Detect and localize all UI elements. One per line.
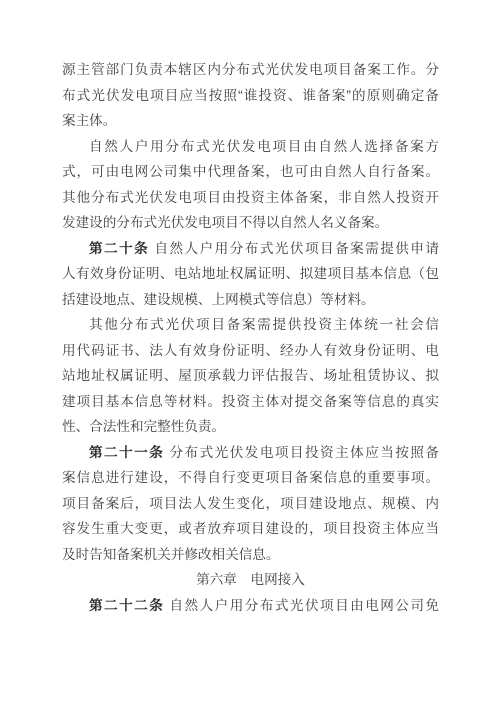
document-text-block: 源主管部门负责本辖区内分布式光伏发电项目备案工作。分布式光伏发电项目应当按照“谁… (62, 57, 439, 618)
text-line: 项目备案后，项目法人发生变化，项目建设地点、规模、内 (62, 491, 439, 517)
line-text: 及时告知备案机关并修改相关信息。 (62, 547, 280, 562)
paragraph: 第二十一条 分布式光伏发电项目投资主体应当按照备案信息进行建设，不得自行变更项目… (62, 440, 439, 568)
paragraph: 第二十二条 自然人户用分布式光伏项目由电网公司免 (62, 593, 439, 619)
line-text: 源主管部门负责本辖区内分布式光伏发电项目备案工作。分 (62, 62, 439, 77)
text-line: 第二十二条 自然人户用分布式光伏项目由电网公司免 (62, 593, 439, 619)
line-text: 自然人户用分布式光伏发电项目由自然人选择备案方 (89, 139, 439, 154)
text-line: 及时告知备案机关并修改相关信息。 (62, 542, 439, 568)
text-line: 发建设的分布式光伏发电项目不得以自然人名义备案。 (62, 210, 439, 236)
paragraph: 自然人户用分布式光伏发电项目由自然人选择备案方式，可由电网公司集中代理备案，也可… (62, 134, 439, 236)
line-text: 性、合法性和完整性负责。 (62, 419, 225, 434)
line-text: 用代码证书、法人有效身份证明、经办人有效身份证明、电 (62, 343, 439, 358)
text-line: 站地址权属证明、屋顶承载力评估报告、场址租赁协议、拟 (62, 363, 439, 389)
line-text: 其他分布式光伏发电项目由投资主体备案，非自然人投资开 (62, 190, 439, 205)
document-page: 源主管部门负责本辖区内分布式光伏发电项目备案工作。分布式光伏发电项目应当按照“谁… (0, 0, 500, 707)
text-line: 布式光伏发电项目应当按照“谁投资、谁备案”的原则确定备 (62, 83, 439, 109)
line-text: 自然人户用分布式光伏项目由电网公司免 (164, 598, 439, 613)
paragraph: 源主管部门负责本辖区内分布式光伏发电项目备案工作。分布式光伏发电项目应当按照“谁… (62, 57, 439, 134)
line-text: 自然人户用分布式光伏项目备案需提供申请 (149, 241, 439, 256)
text-line: 建项目基本信息等材料。投资主体对提交备案等信息的真实 (62, 389, 439, 415)
line-text: 容发生重大变更，或者放弃项目建设的，项目投资主体应当 (62, 521, 439, 536)
text-line: 案主体。 (62, 108, 439, 134)
text-line: 容发生重大变更，或者放弃项目建设的，项目投资主体应当 (62, 516, 439, 542)
line-text: 分布式光伏发电项目投资主体应当按照备 (164, 445, 439, 460)
text-line: 案信息进行建设，不得自行变更项目备案信息的重要事项。 (62, 465, 439, 491)
line-text: 建项目基本信息等材料。投资主体对提交备案等信息的真实 (62, 394, 439, 409)
line-text: 第六章 电网接入 (196, 572, 305, 587)
line-text: 括建设地点、建设规模、上网模式等信息）等材料。 (62, 292, 375, 307)
paragraph: 其他分布式光伏项目备案需提供投资主体统一社会信用代码证书、法人有效身份证明、经办… (62, 312, 439, 440)
text-line: 第六章 电网接入 (62, 567, 439, 593)
article-number: 第二十条 (89, 241, 149, 256)
text-line: 第二十一条 分布式光伏发电项目投资主体应当按照备 (62, 440, 439, 466)
text-line: 人有效身份证明、电站地址权属证明、拟建项目基本信息（包 (62, 261, 439, 287)
line-text: 站地址权属证明、屋顶承载力评估报告、场址租赁协议、拟 (62, 368, 439, 383)
article-number: 第二十一条 (89, 445, 164, 460)
text-line: 源主管部门负责本辖区内分布式光伏发电项目备案工作。分 (62, 57, 439, 83)
article-number: 第二十二条 (89, 598, 164, 613)
line-text: 案信息进行建设，不得自行变更项目备案信息的重要事项。 (62, 470, 439, 485)
text-line: 用代码证书、法人有效身份证明、经办人有效身份证明、电 (62, 338, 439, 364)
line-text: 式，可由电网公司集中代理备案，也可由自然人自行备案。 (62, 164, 439, 179)
text-line: 自然人户用分布式光伏发电项目由自然人选择备案方 (62, 134, 439, 160)
line-text: 其他分布式光伏项目备案需提供投资主体统一社会信 (89, 317, 439, 332)
text-line: 括建设地点、建设规模、上网模式等信息）等材料。 (62, 287, 439, 313)
text-line: 其他分布式光伏发电项目由投资主体备案，非自然人投资开 (62, 185, 439, 211)
text-line: 性、合法性和完整性负责。 (62, 414, 439, 440)
text-line: 第二十条 自然人户用分布式光伏项目备案需提供申请 (62, 236, 439, 262)
line-text: 人有效身份证明、电站地址权属证明、拟建项目基本信息（包 (62, 266, 439, 281)
chapter-heading: 第六章 电网接入 (62, 567, 439, 593)
line-text: 布式光伏发电项目应当按照“谁投资、谁备案”的原则确定备 (62, 88, 439, 103)
text-line: 式，可由电网公司集中代理备案，也可由自然人自行备案。 (62, 159, 439, 185)
text-line: 其他分布式光伏项目备案需提供投资主体统一社会信 (62, 312, 439, 338)
line-text: 发建设的分布式光伏发电项目不得以自然人名义备案。 (62, 215, 388, 230)
line-text: 案主体。 (62, 113, 116, 128)
line-text: 项目备案后，项目法人发生变化，项目建设地点、规模、内 (62, 496, 439, 511)
paragraph: 第二十条 自然人户用分布式光伏项目备案需提供申请人有效身份证明、电站地址权属证明… (62, 236, 439, 313)
